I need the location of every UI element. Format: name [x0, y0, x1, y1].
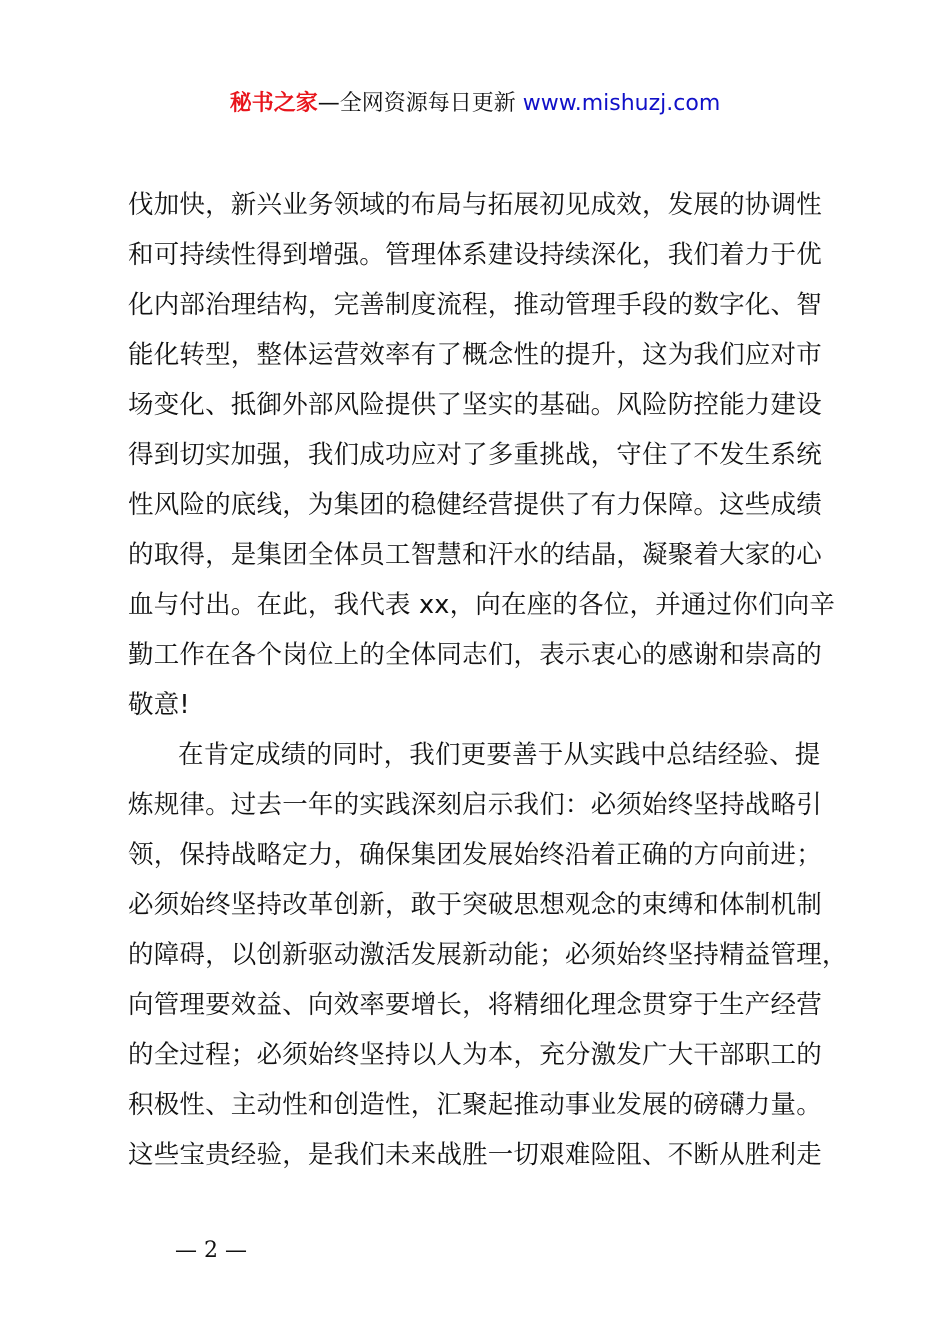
paragraph-line: 的取得，是集团全体员工智慧和汗水的结晶，凝聚着大家的心: [128, 530, 840, 580]
paragraph-line: 炼规律。过去一年的实践深刻启示我们：必须始终坚持战略引: [128, 780, 840, 830]
paragraph-line: 能化转型，整体运营效率有了概念性的提升，这为我们应对市: [128, 330, 840, 380]
brand-name: 秘书之家: [230, 91, 318, 116]
paragraph-line: 积极性、主动性和创造性，汇聚起推动事业发展的磅礴力量。: [128, 1080, 840, 1130]
paragraph-line: 领，保持战略定力，确保集团发展始终沿着正确的方向前进；: [128, 830, 840, 880]
paragraph-line: 必须始终坚持改革创新，敢于突破思想观念的束缚和体制机制: [128, 880, 840, 930]
paragraph-line: 和可持续性得到增强。管理体系建设持续深化，我们着力于优: [128, 230, 840, 280]
paragraph-line: 这些宝贵经验，是我们未来战胜一切艰难险阻、不断从胜利走: [128, 1130, 840, 1180]
site-header-banner: 秘书之家—全网资源每日更新 www.mishuzj.com: [0, 86, 950, 122]
page-number: — 2 —: [175, 1236, 247, 1266]
paragraph-line: 性风险的底线，为集团的稳健经营提供了有力保障。这些成绩: [128, 480, 840, 530]
document-body: 伐加快，新兴业务领域的布局与拓展初见成效，发展的协调性 和可持续性得到增强。管理…: [128, 180, 840, 1180]
paragraph-line: 化内部治理结构，完善制度流程，推动管理手段的数字化、智: [128, 280, 840, 330]
paragraph-line: 场变化、抵御外部风险提供了坚实的基础。风险防控能力建设: [128, 380, 840, 430]
header-tagline: —全网资源每日更新: [318, 91, 523, 116]
paragraph-first-line: 在肯定成绩的同时，我们更要善于从实践中总结经验、提: [128, 730, 840, 780]
paragraph-line: 的障碍，以创新驱动激活发展新动能；必须始终坚持精益管理，: [128, 930, 840, 980]
paragraph-line: 的全过程；必须始终坚持以人为本，充分激发广大干部职工的: [128, 1030, 840, 1080]
paragraph-line: 勤工作在各个岗位上的全体同志们，表示衷心的感谢和崇高的: [128, 630, 840, 680]
site-url-link[interactable]: www.mishuzj.com: [523, 91, 720, 116]
paragraph-line: 向管理要效益、向效率要增长，将精细化理念贯穿于生产经营: [128, 980, 840, 1030]
paragraph-line: 血与付出。在此，我代表 xx，向在座的各位，并通过你们向辛: [128, 580, 840, 630]
paragraph-line: 伐加快，新兴业务领域的布局与拓展初见成效，发展的协调性: [128, 180, 840, 230]
paragraph-line: 敬意!: [128, 680, 840, 730]
paragraph-line: 得到切实加强，我们成功应对了多重挑战，守住了不发生系统: [128, 430, 840, 480]
